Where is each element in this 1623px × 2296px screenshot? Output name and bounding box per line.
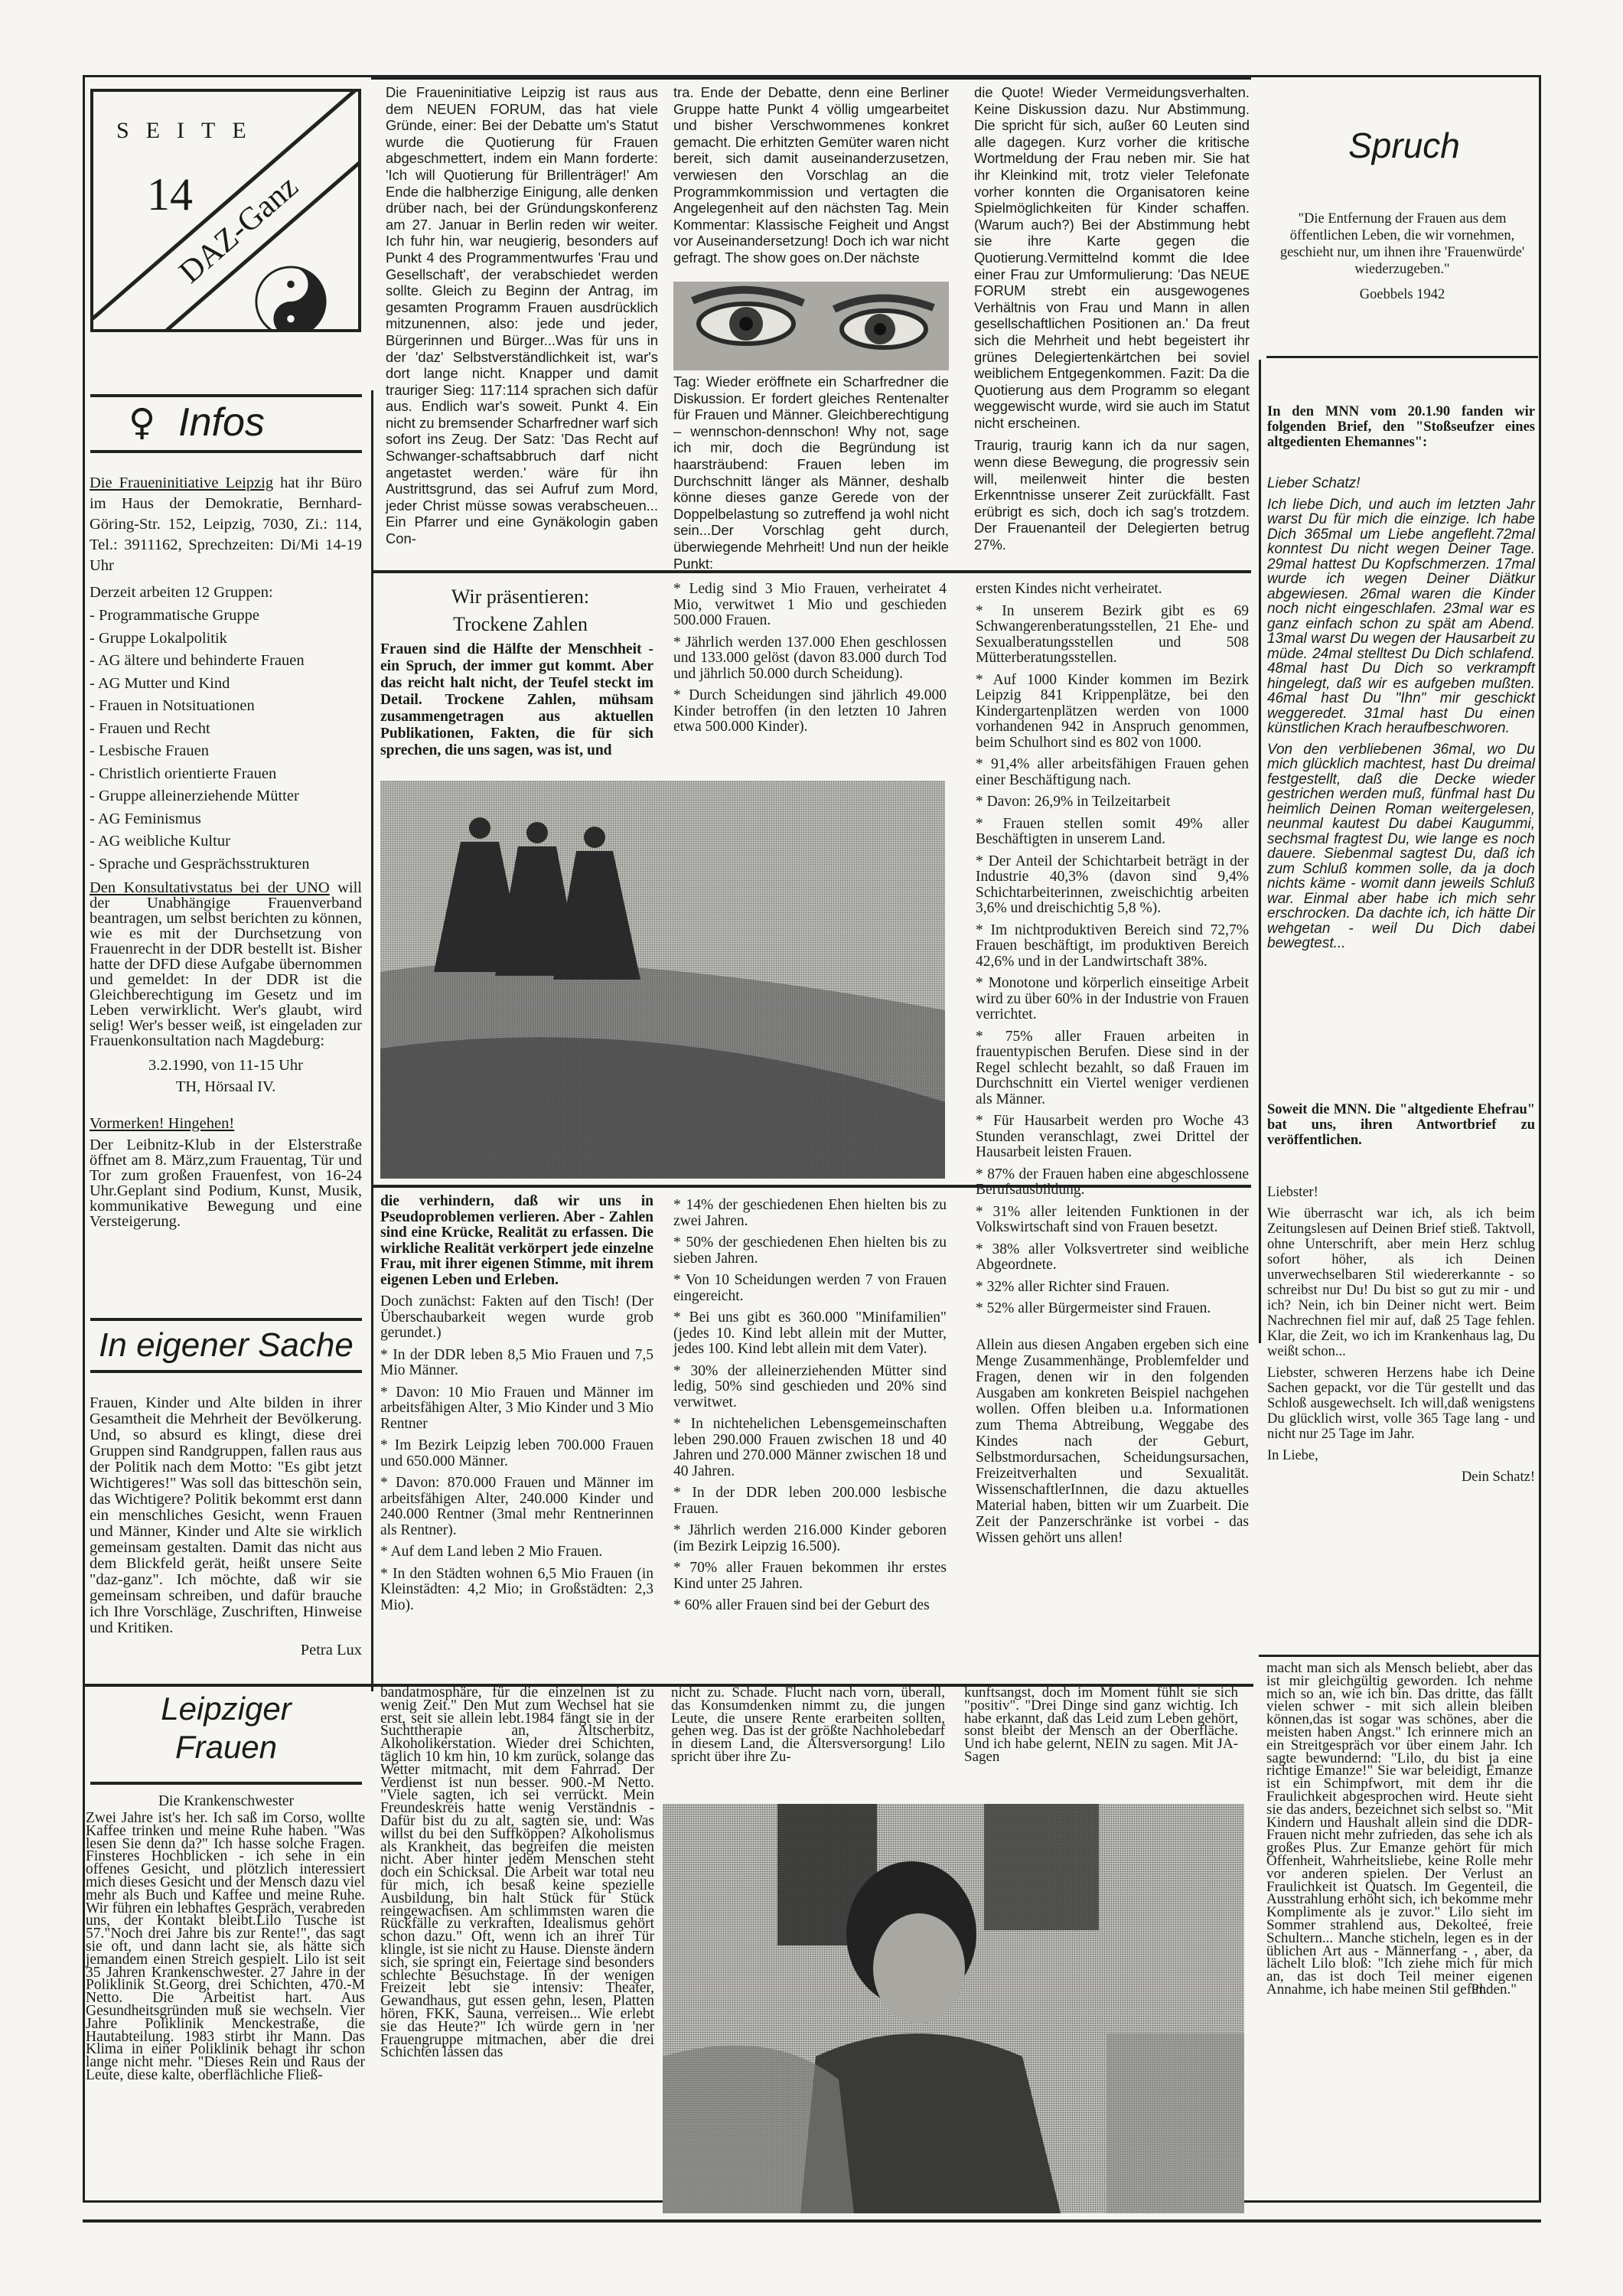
letter-salutation: Liebster! — [1267, 1185, 1535, 1200]
divider — [90, 1318, 362, 1321]
uno-link[interactable]: Den Konsultativstatus bei der UNO — [90, 879, 330, 896]
leipziger-col5-text: macht man sich als Mensch beliebt, aber … — [1266, 1662, 1533, 1997]
spruch-title: Spruch — [1270, 122, 1538, 168]
divider — [90, 394, 362, 397]
fact-item: * 50% der geschiedenen Ehen hielten bis … — [673, 1235, 947, 1267]
fact-item: * In den Städten wohnen 6,5 Mio Frauen (… — [380, 1567, 653, 1614]
forum-article-col2-bottom: Tag: Wieder eröffnete ein Scharfredner d… — [673, 373, 949, 572]
fact-item: * Im nichtproduktiven Bereich sind 72,7%… — [976, 923, 1249, 970]
divider — [1266, 356, 1538, 358]
fact-item: * In nichtehelichen Lebensgemeinschaften… — [673, 1417, 947, 1479]
title-line1: Leipziger — [90, 1690, 362, 1728]
divider — [1259, 1655, 1540, 1657]
groups-list: - Programmatische Gruppe - Gruppe Lokalp… — [90, 605, 362, 876]
fact-item: * 75% aller Frauen arbeiten in frauentyp… — [976, 1029, 1249, 1108]
eyes-illustration — [673, 282, 949, 370]
letter-paragraph: Von den verbliebenen 36mal, wo Du mich g… — [1267, 742, 1535, 951]
page-masthead: SEITE 14 DAZ-Ganz — [90, 89, 361, 332]
letter-paragraph: Ich liebe Dich, und auch im letzten Jahr… — [1267, 497, 1535, 736]
fact-item: * 70% aller Frauen bekommen ihr erstes K… — [673, 1561, 947, 1592]
portrait-lilo-photo — [663, 1804, 1244, 2213]
fact-item: * 31% aller leitenden Funktionen in der … — [976, 1205, 1249, 1236]
fact-item: * 38% aller Volksvertreter sind weiblich… — [976, 1242, 1249, 1274]
spruch-source: Goebbels 1942 — [1270, 285, 1534, 305]
letter-signature: Dein Schatz! — [1267, 1469, 1535, 1485]
divider — [371, 570, 1251, 573]
letter-closing: In Liebe, — [1267, 1448, 1535, 1463]
fact-item: * Der Anteil der Schichtarbeit beträgt i… — [976, 854, 1249, 917]
infos-body: Die Fraueninitiative Leipzig hat ihr Bür… — [90, 473, 362, 876]
fact-item: * In der DDR leben 200.000 lesbische Fra… — [673, 1486, 947, 1517]
fact-item: * Davon: 870.000 Frauen und Männer im ar… — [380, 1476, 653, 1538]
forum-article-col2-top: tra. Ende der Debatte, denn eine Berline… — [673, 84, 949, 266]
fact-item: * Auf dem Land leben 2 Mio Frauen. — [380, 1544, 653, 1561]
forum-paragraph: die Quote! Wieder Vermeidungsverhalten. … — [974, 84, 1250, 431]
vormerken-notice: Vormerken! Hingehen! Der Leibnitz-Klub i… — [90, 1116, 362, 1235]
eyes-photo — [673, 282, 949, 370]
newspaper-page: SEITE 14 DAZ-Ganz ♀ Infos Die Fraueninit… — [0, 0, 1623, 2296]
leipziger-col4: kunftsangst, doch im Moment fühlt sie si… — [964, 1687, 1238, 1764]
letter-salutation: Lieber Schatz! — [1267, 476, 1535, 491]
spruch-quote: "Die Entfernung der Frauen aus dem öffen… — [1270, 210, 1534, 278]
fact-item: * Jährlich werden 216.000 Kinder geboren… — [673, 1523, 947, 1554]
zahlen-title-line2: Trockene Zahlen — [383, 611, 658, 638]
zahlen-closing: Allein aus diesen Angaben ergeben sich e… — [976, 1337, 1249, 1546]
zahlen-lead-top: Frauen sind die Hälfte der Menschheit - … — [380, 641, 653, 759]
forum-article-col1: Die Fraueninitiative Leipzig ist raus au… — [386, 84, 658, 547]
letter-paragraph: Liebster, schweren Herzens habe ich Dein… — [1267, 1365, 1535, 1442]
wife-letter: Liebster! Wie überrascht war ich, als ic… — [1267, 1185, 1535, 1491]
fact-item: * Bei uns gibt es 360.000 "Minifamilien"… — [673, 1310, 947, 1358]
vormerken-link[interactable]: Vormerken! Hingehen! — [90, 1116, 362, 1131]
husband-letter: Lieber Schatz! Ich liebe Dich, und auch … — [1267, 476, 1535, 957]
fact-item: * 32% aller Richter sind Frauen. — [976, 1280, 1249, 1296]
vormerken-text: Der Leibnitz-Klub in der Elsterstraße öf… — [90, 1137, 362, 1229]
in-eigener-sache-body: Frauen, Kinder und Alte bilden in ihrer … — [90, 1395, 362, 1665]
uno-date: 3.2.1990, von 11-15 Uhr — [90, 1058, 362, 1073]
leipziger-col2: bandatmosphäre, für die einzelnen ist zu… — [380, 1687, 654, 2060]
editorial-text: Frauen, Kinder und Alte bilden in ihrer … — [90, 1395, 362, 1636]
fact-item: * 91,4% aller arbeitsfähigen Frauen gehe… — [976, 757, 1249, 788]
fraueninitiative-link[interactable]: Die Fraueninitiative Leipzig — [90, 475, 273, 491]
uno-notice: Den Konsultativstatus bei der UNO will d… — [90, 880, 362, 1101]
in-eigener-sache-title: In eigener Sache — [90, 1322, 362, 1368]
list-item: - AG Feminismus — [90, 808, 362, 831]
list-item: - Gruppe Lokalpolitik — [90, 628, 362, 651]
zahlen-col1: die verhindern, daß wir uns in Pseudopro… — [380, 1194, 653, 1619]
zahlen-title: Wir präsentieren: Trockene Zahlen — [383, 583, 658, 638]
fact-item: * Jährlich werden 137.000 Ehen geschloss… — [673, 635, 947, 683]
female-symbol-icon: ♀ — [129, 401, 155, 444]
divider — [90, 450, 362, 453]
leipziger-col5: macht man sich als Mensch beliebt, aber … — [1266, 1662, 1533, 2003]
portrait-illustration — [663, 1804, 1244, 2213]
fact-item: * Für Hausarbeit werden pro Woche 43 Stu… — [976, 1114, 1249, 1161]
list-item: - AG ältere und behinderte Frauen — [90, 650, 362, 673]
list-item: - Programmatische Gruppe — [90, 605, 362, 628]
fact-item: * 52% aller Bürgermeister sind Frauen. — [976, 1301, 1249, 1317]
letters-bridge: Soweit die MNN. Die "altgediente Ehefrau… — [1267, 1102, 1535, 1148]
letters-intro: In den MNN vom 20.1.90 fanden wir folgen… — [1267, 404, 1535, 450]
column-divider — [371, 570, 373, 1691]
uno-place: TH, Hörsaal IV. — [90, 1079, 362, 1094]
divider — [83, 2219, 1541, 2223]
fact-item: * 60% aller Frauen sind bei der Geburt d… — [673, 1598, 947, 1614]
yin-yang-icon — [254, 265, 328, 332]
divider — [90, 1782, 362, 1785]
list-item: - AG Mutter und Kind — [90, 673, 362, 696]
figures-sculpture-photo — [380, 781, 945, 1179]
fact-item: * 14% der geschiedenen Ehen hielten bis … — [673, 1198, 947, 1229]
list-item: - Frauen und Recht — [90, 718, 362, 741]
author-byline: Petra Lux — [90, 1642, 362, 1658]
zahlen-col2-bottom: * 14% der geschiedenen Ehen hielten bis … — [673, 1198, 947, 1620]
leipziger-frauen-title: Leipziger Frauen — [90, 1690, 362, 1766]
groups-heading: Derzeit arbeiten 12 Gruppen: — [90, 582, 362, 603]
fact-item: * Von 10 Scheidungen werden 7 von Frauen… — [673, 1273, 947, 1304]
list-item: - Christlich orientierte Frauen — [90, 763, 362, 786]
fact-item: * Durch Scheidungen sind jährlich 49.000… — [673, 688, 947, 735]
fact-item: * Davon: 26,9% in Teilzeitarbeit — [976, 794, 1249, 810]
sculpture-illustration — [380, 781, 945, 1179]
zahlen-col3: ersten Kindes nicht verheiratet. * In un… — [976, 582, 1249, 1552]
list-item: - Lesbische Frauen — [90, 740, 362, 763]
list-item: - Gruppe alleinerziehende Mütter — [90, 785, 362, 808]
fact-item: * Im Bezirk Leipzig leben 700.000 Frauen… — [380, 1438, 653, 1469]
fact-item: * In der DDR leben 8,5 Mio Frauen und 7,… — [380, 1348, 653, 1379]
uno-text: will der Unabhängige Frauenverband beant… — [90, 879, 362, 1049]
zahlen-col2-top: * Ledig sind 3 Mio Frauen, verheiratet 4… — [673, 582, 947, 742]
fact-item: * 87% der Frauen haben eine abgeschlosse… — [976, 1167, 1249, 1199]
title-line2: Frauen — [90, 1728, 362, 1766]
leipziger-col3: nicht zu. Schade. Flucht nach vorn, über… — [671, 1687, 945, 1764]
fact-item: * In unserem Bezirk gibt es 69 Schwanger… — [976, 604, 1249, 667]
fact-item: * Monotone und körperlich einseitige Arb… — [976, 976, 1249, 1023]
list-item: - Frauen in Notsituationen — [90, 695, 362, 718]
list-item: - AG weibliche Kultur — [90, 830, 362, 853]
fact-item: * Ledig sind 3 Mio Frauen, verheiratet 4… — [673, 582, 947, 629]
leipziger-col1: Zwei Jahre ist's her. Ich saß im Corso, … — [86, 1812, 365, 2082]
list-item: - Sprache und Gesprächsstrukturen — [90, 853, 362, 876]
column-divider — [1259, 360, 1261, 1343]
infos-title: Infos — [178, 400, 265, 445]
fact-item: * 30% der alleinerziehenden Mütter sind … — [673, 1364, 947, 1411]
seite-label: SEITE — [116, 118, 263, 144]
forum-article-col3: die Quote! Wieder Vermeidungsverhalten. … — [974, 84, 1250, 559]
fact-item: ersten Kindes nicht verheiratet. — [976, 582, 1249, 598]
forum-paragraph: Traurig, traurig kann ich da nur sagen, … — [974, 437, 1250, 553]
letter-paragraph: Wie überrascht war ich, als ich beim Zei… — [1267, 1206, 1535, 1359]
fact-item: * Frauen stellen somit 49% aller Beschäf… — [976, 817, 1249, 848]
divider — [90, 1370, 362, 1373]
facts-intro: Doch zunächst: Fakten auf den Tisch! (De… — [380, 1294, 653, 1342]
fact-item: * Auf 1000 Kinder kommen im Bezirk Leipz… — [976, 673, 1249, 752]
divider — [371, 77, 1251, 80]
fact-item: * Davon: 10 Mio Frauen und Männer im arb… — [380, 1385, 653, 1433]
page-number: 14 — [147, 168, 193, 221]
infos-heading: ♀ Infos — [90, 398, 362, 447]
leipziger-frauen-subtitle: Die Krankenschwester — [90, 1791, 362, 1812]
zahlen-lead-bottom: die verhindern, daß wir uns in Pseudopro… — [380, 1194, 653, 1288]
zahlen-title-line1: Wir präsentieren: — [383, 583, 658, 611]
